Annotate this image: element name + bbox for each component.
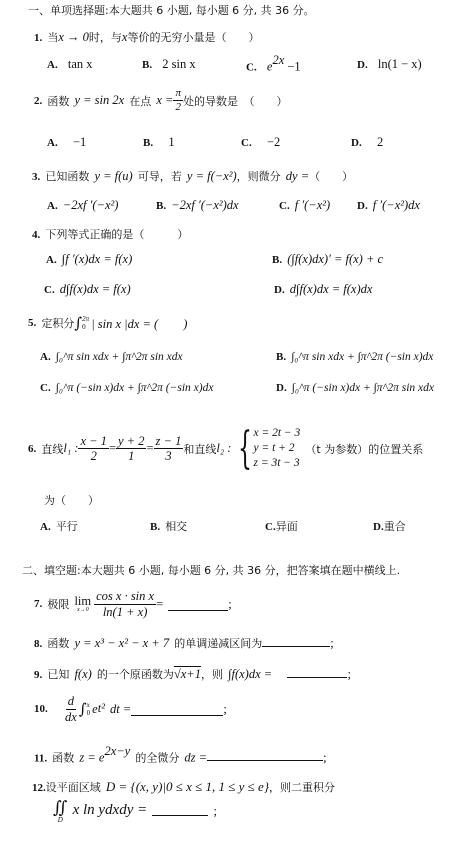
fraction-y: y + 21 (116, 435, 146, 463)
parametric-system: x = 2t − 3 y = t + 2 z = 3t − 3 (253, 426, 300, 471)
integral-limits: x0 (87, 701, 91, 717)
option-2c: C. −2 (241, 131, 280, 150)
integral-sign: ∫ (74, 314, 82, 332)
question-2-stem: 2. 函数 y = sin 2x 在点 x = π2 处的导数是 （ ） (34, 88, 288, 113)
fraction-x: x − 12 (78, 435, 108, 463)
question-6-stem-cont: 为（ ） (44, 492, 99, 508)
option-5a: A. ∫₀^π sin xdx + ∫π^2π sin xdx (40, 345, 183, 364)
option-2a: A. −1 (47, 131, 86, 150)
option-2b: B. 1 (143, 131, 175, 150)
fraction-d-dx: ddx (63, 695, 79, 723)
answer-blank-11[interactable] (207, 748, 323, 761)
left-brace: { (238, 427, 252, 471)
option-3b: B. −2xf ′(−x²)dx (156, 194, 239, 213)
integral-limits: 2π0 (82, 315, 89, 331)
answer-blank-7[interactable] (168, 598, 228, 611)
answer-blank-8[interactable] (262, 634, 330, 647)
question-5-stem: 5. 定积分 ∫ 2π0 | sin x |dx = ( ) (28, 313, 187, 332)
answer-blank-10[interactable] (131, 703, 223, 716)
option-6c: C.异面 (265, 515, 298, 534)
answer-blank-12[interactable] (152, 800, 208, 816)
question-10: 10. ddx ∫ x0 et² dt = ; (34, 695, 227, 723)
question-7: 7. 极限 limx→0 cos x · sin xln(1 + x) = ; (34, 590, 232, 618)
question-6-stem: 6. 直线 l₁ : x − 12 = y + 21 = z − 13 和直线 … (28, 426, 423, 471)
fraction-z: z − 13 (154, 435, 184, 463)
option-2d: D. 2 (351, 131, 383, 150)
question-9: 9. 已知 f(x) 的一个原函数为√x+1，则 ∫f(x)dx = ; (34, 663, 351, 682)
option-3d: D. f ′(−x²)dx (357, 194, 420, 213)
question-number: 1. (34, 32, 42, 44)
option-1b: B. 2 sin x (142, 53, 196, 72)
question-11: 11. 函数 z = e2x−y 的全微分 dz =; (34, 744, 327, 765)
option-1a: A. tan x (47, 53, 93, 72)
double-integral-sign: ∬ D (53, 800, 67, 824)
question-4-stem: 4. 下列等式正确的是（ ） (32, 223, 188, 242)
double-integral-expr: ∬ D x ln ydxdy = ; (53, 800, 217, 824)
option-1c: C. e2x −1 (246, 53, 301, 74)
option-5c: C. ∫₀^π (−sin x)dx + ∫π^2π (−sin x)dx (40, 376, 213, 395)
question-12: 12.设平面区域 D = {(x, y)|0 ≤ x ≤ 1, 1 ≤ y ≤ … (32, 776, 335, 795)
section-1-heading: 一、单项选择题:本大题共 6 小题, 每小题 6 分, 共 36 分。 (28, 2, 315, 18)
fraction-limit: cos x · sin xln(1 + x) (94, 590, 156, 618)
option-5b: B. ∫₀^π sin xdx + ∫π^2π (−sin x)dx (276, 345, 433, 364)
limit-operator: limx→0 (74, 595, 91, 614)
fraction-pi-over-2: π2 (173, 88, 183, 113)
integral-sign: ∫ (79, 700, 87, 718)
option-1d: D. ln(1 − x) (357, 53, 422, 72)
option-3c: C. f ′(−x²) (279, 194, 330, 213)
option-4d: D. d∫f(x)dx = f(x)dx (274, 278, 372, 297)
option-6b: B. 相交 (150, 515, 187, 534)
question-8: 8. 函数 y = x³ − x² − x + 7 的单调递减区间为; (34, 632, 334, 651)
option-4c: C. d∫f(x)dx = f(x) (44, 278, 131, 297)
answer-blank-9[interactable] (287, 665, 347, 678)
option-5d: D. ∫₀^π (−sin x)dx + ∫π^2π sin xdx (276, 376, 434, 395)
option-4a: A. ∫f ′(x)dx = f(x) (46, 248, 132, 267)
section-2-heading: 二、填空题:本大题共 6 小题, 每小题 6 分, 共 36 分，把答案填在题中… (22, 562, 400, 578)
option-4b: B. (∫f(x)dx)′ = f(x) + c (272, 248, 383, 267)
option-6a: A. 平行 (40, 515, 78, 534)
question-1-stem: 1. 当x → 0时，与x等价的无穷小量是（ ） (34, 26, 259, 45)
option-6d: D.重合 (373, 515, 406, 534)
option-3a: A. −2xf ′(−x²) (47, 194, 118, 213)
question-3-stem: 3. 已知函数 y = f(u) 可导，若 y = f(−x²)，则微分 dy … (32, 165, 353, 184)
